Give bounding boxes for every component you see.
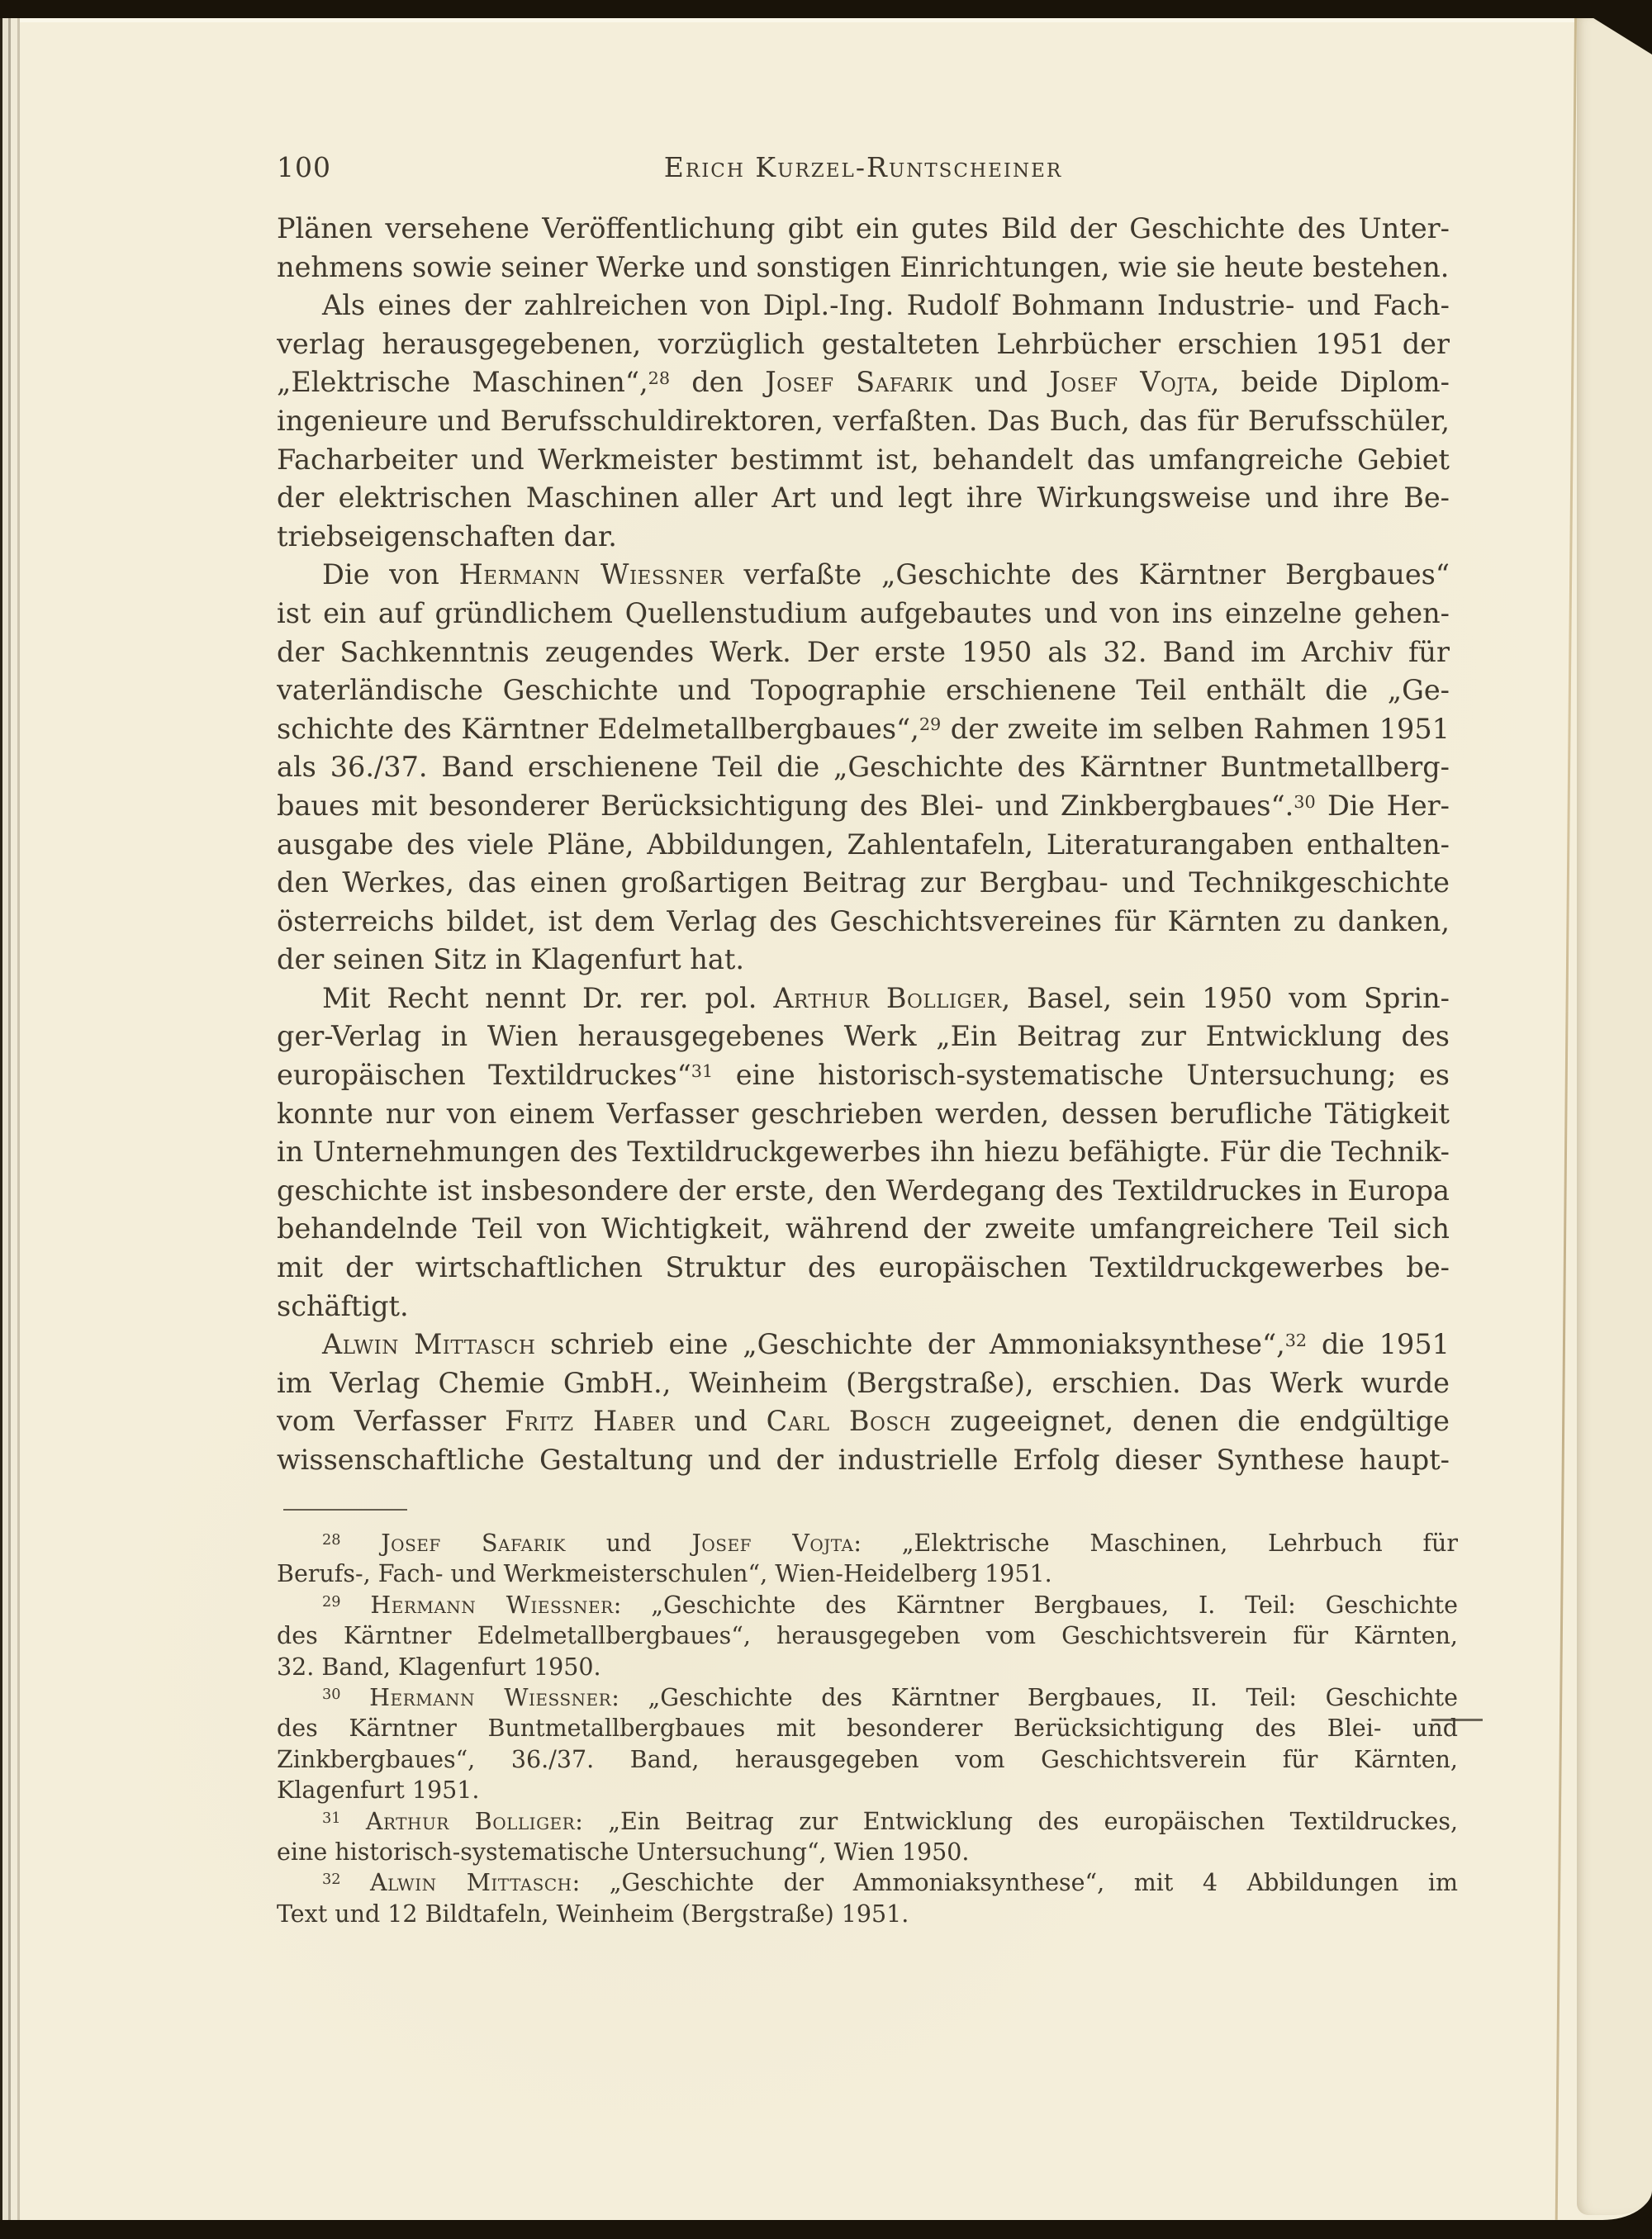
small-caps-name: Arthur Bolliger	[366, 1808, 575, 1835]
text-line: „Elektrische Maschinen“,28 den Josef Saf…	[277, 363, 1450, 402]
text-line: der Sachkenntnis zeugendes Werk. Der ers…	[277, 633, 1450, 672]
text-line: ger-Verlag in Wien herausgegebenes Werk …	[277, 1018, 1450, 1056]
book-scan: 100 Erich Kurzel-Runtscheiner Plänen ver…	[0, 0, 1652, 2239]
text-line: 32. Band, Klagenfurt 1950.	[277, 1652, 1458, 1682]
footnote-number: 31	[322, 1810, 340, 1827]
text-line: Alwin Mittasch schrieb eine „Geschichte …	[277, 1326, 1450, 1364]
text-line: triebseigenschaften dar.	[277, 518, 1450, 557]
scan-artifact-line	[1431, 1719, 1483, 1721]
text-line: Plänen versehene Veröffentlichung gibt e…	[277, 210, 1450, 249]
small-caps-name: Josef Safarik	[381, 1530, 566, 1557]
text-line: Mit Recht nennt Dr. rer. pol. Arthur Bol…	[277, 980, 1450, 1018]
text-line: Klagenfurt 1951.	[277, 1775, 1458, 1805]
small-caps-name: Alwin Mittasch	[322, 1328, 535, 1360]
text-line: 32 Alwin Mittasch: „Geschichte der Ammon…	[277, 1867, 1458, 1898]
small-caps-name: Hermann Wiessner	[370, 1591, 613, 1619]
text-line: wissenschaftliche Gestaltung und der ind…	[277, 1441, 1450, 1480]
text-line: des Kärntner Edelmetallbergbaues“, herau…	[277, 1620, 1458, 1651]
small-caps-name: Josef Vojta	[691, 1530, 853, 1557]
footnotes: 28 Josef Safarik und Josef Vojta: „Elekt…	[277, 1528, 1458, 1929]
footnote-number: 32	[1285, 1331, 1307, 1350]
text-line: nehmens sowie seiner Werke und sonstigen…	[277, 249, 1450, 287]
text-line: im Verlag Chemie GmbH., Weinheim (Bergst…	[277, 1364, 1450, 1403]
text-line: vom Verfasser Fritz Haber und Carl Bosch…	[277, 1402, 1450, 1441]
text-line: österreichs bildet, ist dem Verlag des G…	[277, 903, 1450, 942]
small-caps-name: Carl Bosch	[767, 1405, 932, 1437]
text-line: 30 Hermann Wiessner: „Geschichte des Kär…	[277, 1682, 1458, 1713]
page-gutter-edges	[0, 18, 28, 2220]
text-line: schäftigt.	[277, 1288, 1450, 1326]
text-line: Text und 12 Bildtafeln, Weinheim (Bergst…	[277, 1899, 1458, 1929]
page-edge-line	[1555, 18, 1577, 2220]
text-line: behandelnde Teil von Wichtigkeit, währen…	[277, 1210, 1450, 1249]
running-header: Erich Kurzel-Runtscheiner	[277, 150, 1450, 185]
small-caps-name: Josef Safarik	[765, 366, 952, 398]
footnote-number: 28	[648, 368, 670, 388]
small-caps-name: Hermann Wiessner	[459, 558, 724, 591]
book-page: 100 Erich Kurzel-Runtscheiner Plänen ver…	[0, 18, 1652, 2220]
text-line: 28 Josef Safarik und Josef Vojta: „Elekt…	[277, 1528, 1458, 1558]
text-line: Die von Hermann Wiessner verfaßte „Gesch…	[277, 556, 1450, 595]
text-line: der elektrischen Maschinen aller Art und…	[277, 479, 1450, 518]
text-line: eine historisch-systematische Untersuchu…	[277, 1837, 1458, 1867]
text-line: geschichte ist insbesondere der erste, d…	[277, 1172, 1450, 1211]
text-line: ist ein auf gründlichem Quellenstudium a…	[277, 595, 1450, 633]
text-line: verlag herausgegebenen, vorzüglich gesta…	[277, 325, 1450, 364]
footnote-number: 29	[919, 714, 941, 734]
page-number: 100	[277, 150, 331, 185]
text-line: der seinen Sitz in Klagenfurt hat.	[277, 941, 1450, 980]
text-line: konnte nur von einem Verfasser geschrieb…	[277, 1095, 1450, 1134]
footnote-number: 31	[691, 1061, 713, 1081]
text-line: mit der wirtschaftlichen Struktur des eu…	[277, 1249, 1450, 1288]
footnote-number: 32	[322, 1871, 340, 1888]
text-line: europäischen Textildruckes“31 eine histo…	[277, 1056, 1450, 1095]
small-caps-name: Alwin Mittasch	[370, 1869, 572, 1896]
text-line: 31 Arthur Bolliger: „Ein Beitrag zur Ent…	[277, 1806, 1458, 1837]
text-line: ingenieure und Berufsschuldirektoren, ve…	[277, 402, 1450, 441]
text-line: Zinkbergbaues“, 36./37. Band, herausgege…	[277, 1744, 1458, 1775]
small-caps-name: Fritz Haber	[505, 1405, 675, 1437]
text-line: in Unternehmungen des Textildruckgewerbe…	[277, 1133, 1450, 1172]
page-header: 100 Erich Kurzel-Runtscheiner	[277, 150, 1450, 185]
footnote-separator	[283, 1509, 407, 1511]
text-line: ausgabe des viele Pläne, Abbildungen, Za…	[277, 826, 1450, 865]
footnote-number: 28	[322, 1532, 340, 1549]
small-caps-name: Hermann Wiessner	[369, 1684, 611, 1711]
text-line: Berufs-, Fach- und Werkmeisterschulen“, …	[277, 1558, 1458, 1589]
text-line: des Kärntner Buntmetallbergbaues mit bes…	[277, 1713, 1458, 1743]
small-caps-name: Josef Vojta	[1049, 366, 1210, 398]
text-line: Als eines der zahlreichen von Dipl.-Ing.…	[277, 287, 1450, 325]
footnote-number: 29	[322, 1594, 340, 1610]
text-line: schichte des Kärntner Edelmetallbergbaue…	[277, 710, 1450, 749]
body-text: Plänen versehene Veröffentlichung gibt e…	[277, 210, 1450, 1480]
text-line: Facharbeiter und Werkmeister bestimmt is…	[277, 441, 1450, 480]
text-line: 29 Hermann Wiessner: „Geschichte des Kär…	[277, 1590, 1458, 1620]
underlying-page-edge	[1577, 18, 1652, 2215]
small-caps-name: Arthur Bolliger	[773, 982, 1001, 1014]
text-line: den Werkes, das einen großartigen Beitra…	[277, 864, 1450, 903]
footnote-number: 30	[322, 1686, 340, 1703]
footnote-number: 30	[1294, 792, 1315, 812]
text-line: als 36./37. Band erschienene Teil die „G…	[277, 748, 1450, 787]
text-line: baues mit besonderer Berücksichtigung de…	[277, 787, 1450, 826]
text-line: vaterländische Geschichte und Topographi…	[277, 671, 1450, 710]
